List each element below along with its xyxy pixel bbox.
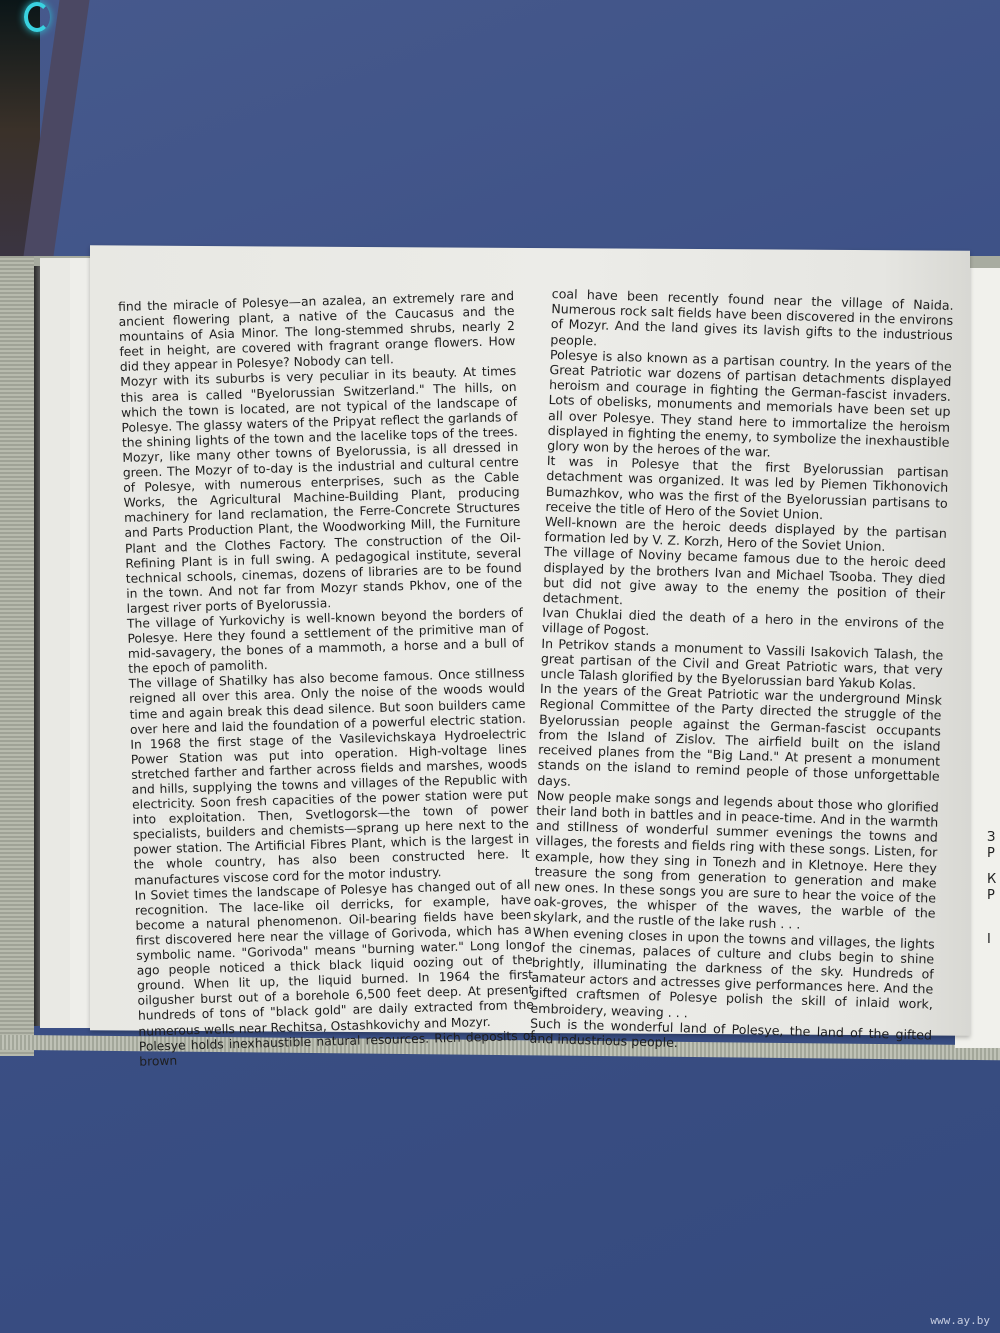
next-page-letter: З xyxy=(987,830,995,846)
paragraph: The village of Shatilky has also become … xyxy=(129,666,531,888)
paragraph: Mozyr with its suburbs is very peculiar … xyxy=(120,364,523,616)
next-page-letter: Р xyxy=(987,846,995,862)
glowing-light-icon xyxy=(24,2,50,32)
paragraph: The village of Yurkovichy is well-known … xyxy=(127,606,525,677)
paragraph: find the miracle of Polesye—an azalea, a… xyxy=(118,289,516,375)
paragraph: Now people make songs and legends about … xyxy=(533,787,939,936)
next-page-letter: I xyxy=(987,932,991,948)
paragraph: In the years of the Great Patriotic war … xyxy=(537,681,942,799)
right-text-column: coal have been recently found near the v… xyxy=(529,286,953,1058)
watermark: www.ay.by xyxy=(930,1314,990,1327)
book-cover-edge xyxy=(0,256,34,1056)
next-page-letter: К xyxy=(987,872,996,888)
next-page-letter: Р xyxy=(987,888,995,904)
paragraph: In Soviet times the landscape of Polesye… xyxy=(134,877,534,1039)
paragraph: Polesye is also known as a partisan coun… xyxy=(547,347,952,465)
left-text-column: find the miracle of Polesye—an azalea, a… xyxy=(118,289,535,1070)
paragraph: When evening closes in upon the towns an… xyxy=(530,924,935,1027)
